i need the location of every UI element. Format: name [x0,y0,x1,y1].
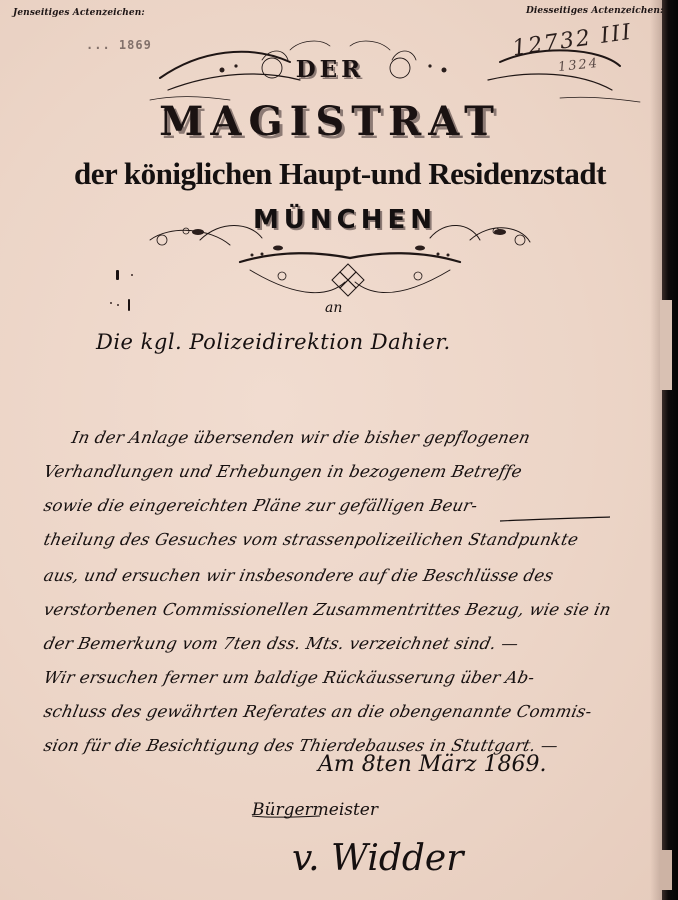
signer-title: Bürgermeister [252,800,378,820]
signature: v. Widder [292,838,463,879]
date-line: Am 8ten März 1869. [318,752,547,777]
